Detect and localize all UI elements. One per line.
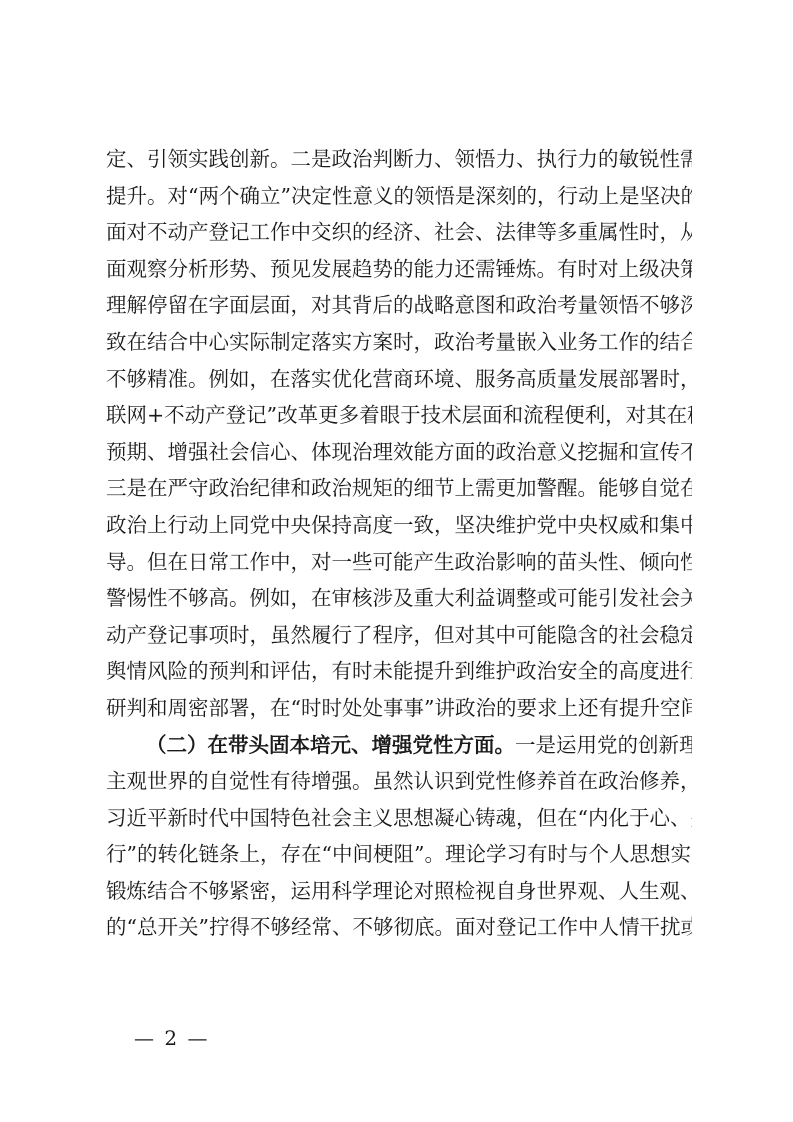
text-line: 不够精准。例如，在落实优化营商环境、服务高质量发展部署时，推动“互 <box>106 361 692 398</box>
text-line: 的“总开关”拧得不够经常、不够彻底。面对登记工作中人情干扰或复杂诉 <box>106 909 692 946</box>
text-line: 面对不动产登记工作中交织的经济、社会、法律等多重属性时，从政治层 <box>106 214 692 251</box>
page-number: — 2 — <box>134 1026 209 1050</box>
section-heading: （二）在带头固本培元、增强党性方面。 <box>146 733 515 757</box>
text-line: 研判和周密部署，在“时时处处事事”讲政治的要求上还有提升空间。 <box>106 690 692 727</box>
text-line: 警惕性不够高。例如，在审核涉及重大利益调整或可能引发社会关注的不 <box>106 580 692 617</box>
text-line: 舆情风险的预判和评估，有时未能提升到维护政治安全的高度进行前置性 <box>106 653 692 690</box>
text-line: 导。但在日常工作中，对一些可能产生政治影响的苗头性、倾向性问题， <box>106 544 692 581</box>
text-line: 主观世界的自觉性有待增强。虽然认识到党性修养首在政治修养，坚持用 <box>106 763 692 800</box>
text-span: 一是运用党的创新理论改造 <box>515 733 692 757</box>
text-line: 习近平新时代中国特色社会主义思想凝心铸魂，但在“内化于心、外化于 <box>106 800 692 837</box>
text-line: 动产登记事项时，虽然履行了程序，但对其中可能隐含的社会稳定风险、 <box>106 617 692 654</box>
text-line: 锻炼结合不够紧密，运用科学理论对照检视自身世界观、人生观、价值观 <box>106 873 692 910</box>
text-line: 定、引领实践创新。二是政治判断力、领悟力、执行力的敏锐性需进一步 <box>106 141 692 178</box>
text-line: 提升。对“两个确立”决定性意义的领悟是深刻的，行动上是坚决的，但在 <box>106 178 692 215</box>
text-line: 预期、增强社会信心、体现治理效能方面的政治意义挖掘和宣传不够充分。 <box>106 434 692 471</box>
document-body: 定、引领实践创新。二是政治判断力、领悟力、执行力的敏锐性需进一步 提升。对“两个… <box>106 141 692 946</box>
text-line: 理解停留在字面层面，对其背后的战略意图和政治考量领悟不够深透，导 <box>106 287 692 324</box>
text-line: 面观察分析形势、预见发展趋势的能力还需锤炼。有时对上级决策部署的 <box>106 251 692 288</box>
text-line: 行”的转化链条上，存在“中间梗阻”。理论学习有时与个人思想实际、党性 <box>106 836 692 873</box>
text-line: 致在结合中心实际制定落实方案时，政治考量嵌入业务工作的结合点找得 <box>106 324 692 361</box>
text-line: 联网+不动产登记”改革更多着眼于技术层面和流程便利，对其在稳定市场 <box>106 397 692 434</box>
text-line: 三是在严守政治纪律和政治规矩的细节上需更加警醒。能够自觉在思想上 <box>106 470 692 507</box>
section-heading-line: （二）在带头固本培元、增强党性方面。一是运用党的创新理论改造 <box>106 727 692 764</box>
text-line: 政治上行动上同党中央保持高度一致，坚决维护党中央权威和集中统一领 <box>106 507 692 544</box>
